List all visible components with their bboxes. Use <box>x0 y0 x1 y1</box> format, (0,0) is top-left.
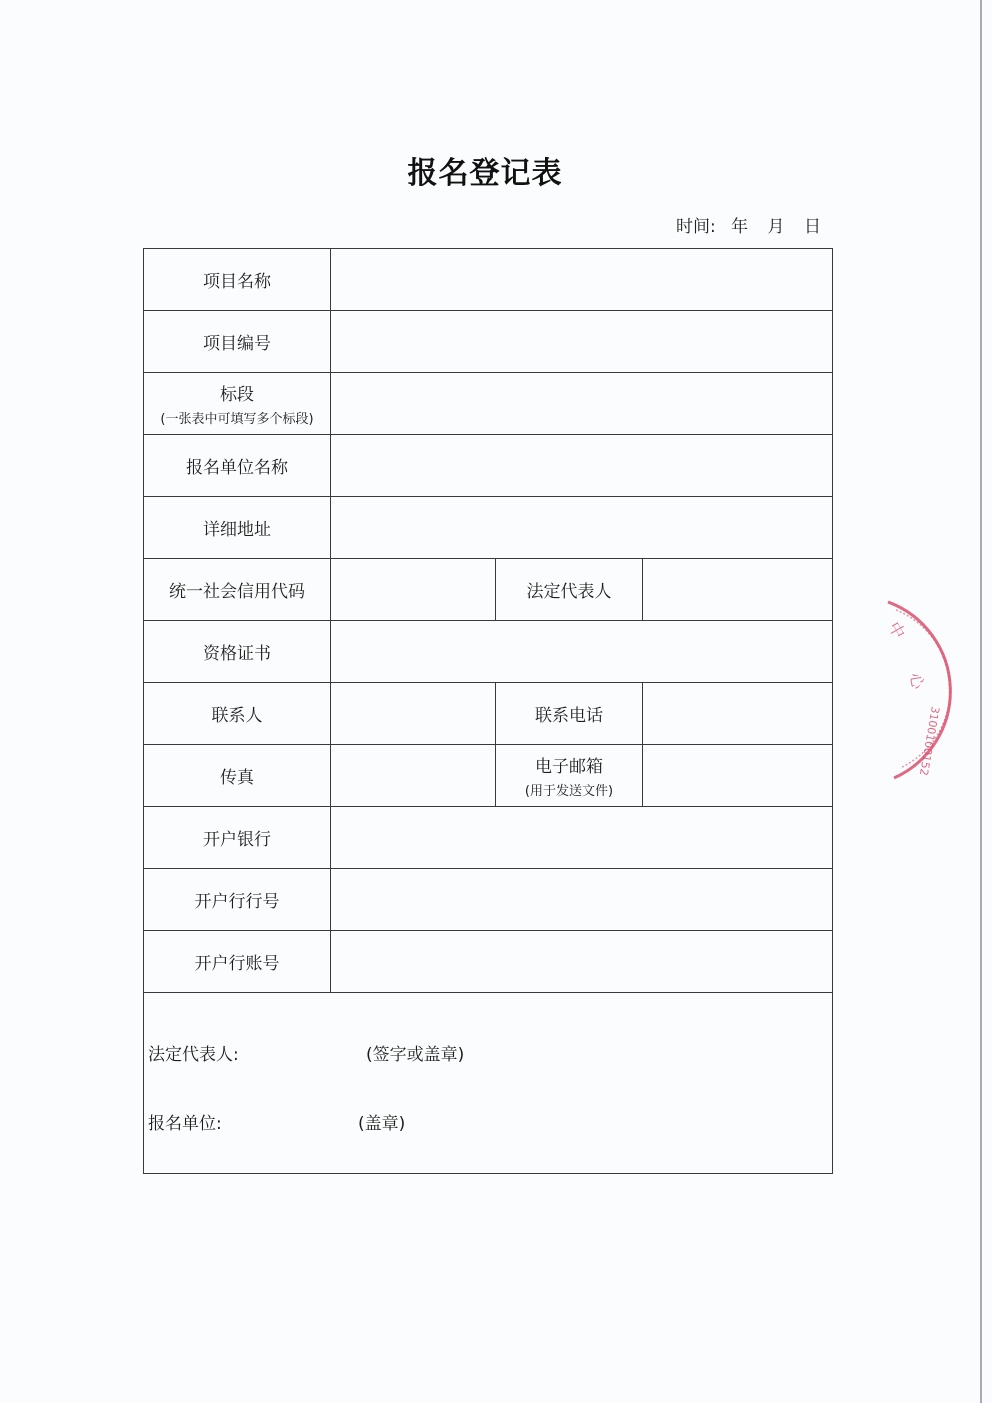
label-legal-rep: 法定代表人 <box>496 559 643 621</box>
field-email[interactable] <box>643 745 833 807</box>
date-label: 时间: <box>676 217 716 237</box>
unit-seal-label: 报名单位: <box>148 1114 222 1134</box>
field-bank-account[interactable] <box>331 931 833 993</box>
field-project-name[interactable] <box>331 249 833 311</box>
label-fax: 传真 <box>144 745 331 807</box>
field-bank-code[interactable] <box>331 869 833 931</box>
row-project-name: 项目名称 <box>144 249 833 311</box>
date-year: 年 <box>731 217 748 237</box>
label-credit-code: 统一社会信用代码 <box>144 559 331 621</box>
label-unit-name: 报名单位名称 <box>144 435 331 497</box>
date-month: 月 <box>768 217 785 237</box>
legal-rep-signature-line: 法定代表人: (签字或盖章) <box>148 1040 239 1065</box>
row-address: 详细地址 <box>144 497 833 559</box>
row-contact: 联系人 联系电话 <box>144 683 833 745</box>
field-phone[interactable] <box>643 683 833 745</box>
row-certificate: 资格证书 <box>144 621 833 683</box>
registration-form-table: 项目名称 项目编号 标段 (一张表中可填写多个标段) 报名单位名称 详细地址 统… <box>143 248 833 1174</box>
label-section: 标段 (一张表中可填写多个标段) <box>144 373 331 435</box>
seal-stamp-icon: 中 心 3100100152 <box>858 596 958 786</box>
field-legal-rep[interactable] <box>643 559 833 621</box>
field-certificate[interactable] <box>331 621 833 683</box>
label-bank-code: 开户行行号 <box>144 869 331 931</box>
date-day: 日 <box>804 217 821 237</box>
field-address[interactable] <box>331 497 833 559</box>
label-section-main: 标段 <box>220 385 254 405</box>
row-bank: 开户银行 <box>144 807 833 869</box>
label-email-main: 电子邮箱 <box>535 757 603 777</box>
field-fax[interactable] <box>331 745 496 807</box>
page-edge <box>980 0 982 1403</box>
label-section-note: (一张表中可填写多个标段) <box>144 408 330 427</box>
label-bank: 开户银行 <box>144 807 331 869</box>
label-email-note: (用于发送文件) <box>496 780 642 799</box>
row-project-number: 项目编号 <box>144 311 833 373</box>
svg-text:3100100152: 3100100152 <box>917 705 942 776</box>
row-section: 标段 (一张表中可填写多个标段) <box>144 373 833 435</box>
date-line: 时间: 年 月 日 <box>676 212 835 237</box>
field-section[interactable] <box>331 373 833 435</box>
label-bank-account: 开户行账号 <box>144 931 331 993</box>
legal-rep-signature-note: (签字或盖章) <box>366 1040 464 1065</box>
row-signature: 法定代表人: (签字或盖章) 报名单位: (盖章) <box>144 993 833 1174</box>
document-title: 报名登记表 <box>0 148 970 192</box>
unit-seal-note: (盖章) <box>358 1109 405 1134</box>
field-bank[interactable] <box>331 807 833 869</box>
field-credit-code[interactable] <box>331 559 496 621</box>
label-phone: 联系电话 <box>496 683 643 745</box>
unit-seal-line: 报名单位: (盖章) <box>148 1109 222 1134</box>
row-unit-name: 报名单位名称 <box>144 435 833 497</box>
field-project-number[interactable] <box>331 311 833 373</box>
row-fax: 传真 电子邮箱 (用于发送文件) <box>144 745 833 807</box>
label-email: 电子邮箱 (用于发送文件) <box>496 745 643 807</box>
field-contact[interactable] <box>331 683 496 745</box>
row-bank-code: 开户行行号 <box>144 869 833 931</box>
label-project-name: 项目名称 <box>144 249 331 311</box>
svg-text:心: 心 <box>906 671 928 691</box>
svg-text:中: 中 <box>885 619 909 642</box>
row-bank-account: 开户行账号 <box>144 931 833 993</box>
legal-rep-signature-label: 法定代表人: <box>148 1045 239 1065</box>
label-address: 详细地址 <box>144 497 331 559</box>
label-contact: 联系人 <box>144 683 331 745</box>
label-project-number: 项目编号 <box>144 311 331 373</box>
seal-stamp-partial: 中 心 3100100152 <box>858 596 958 786</box>
field-unit-name[interactable] <box>331 435 833 497</box>
row-credit-code: 统一社会信用代码 法定代表人 <box>144 559 833 621</box>
signature-area: 法定代表人: (签字或盖章) 报名单位: (盖章) <box>144 993 833 1174</box>
label-certificate: 资格证书 <box>144 621 331 683</box>
